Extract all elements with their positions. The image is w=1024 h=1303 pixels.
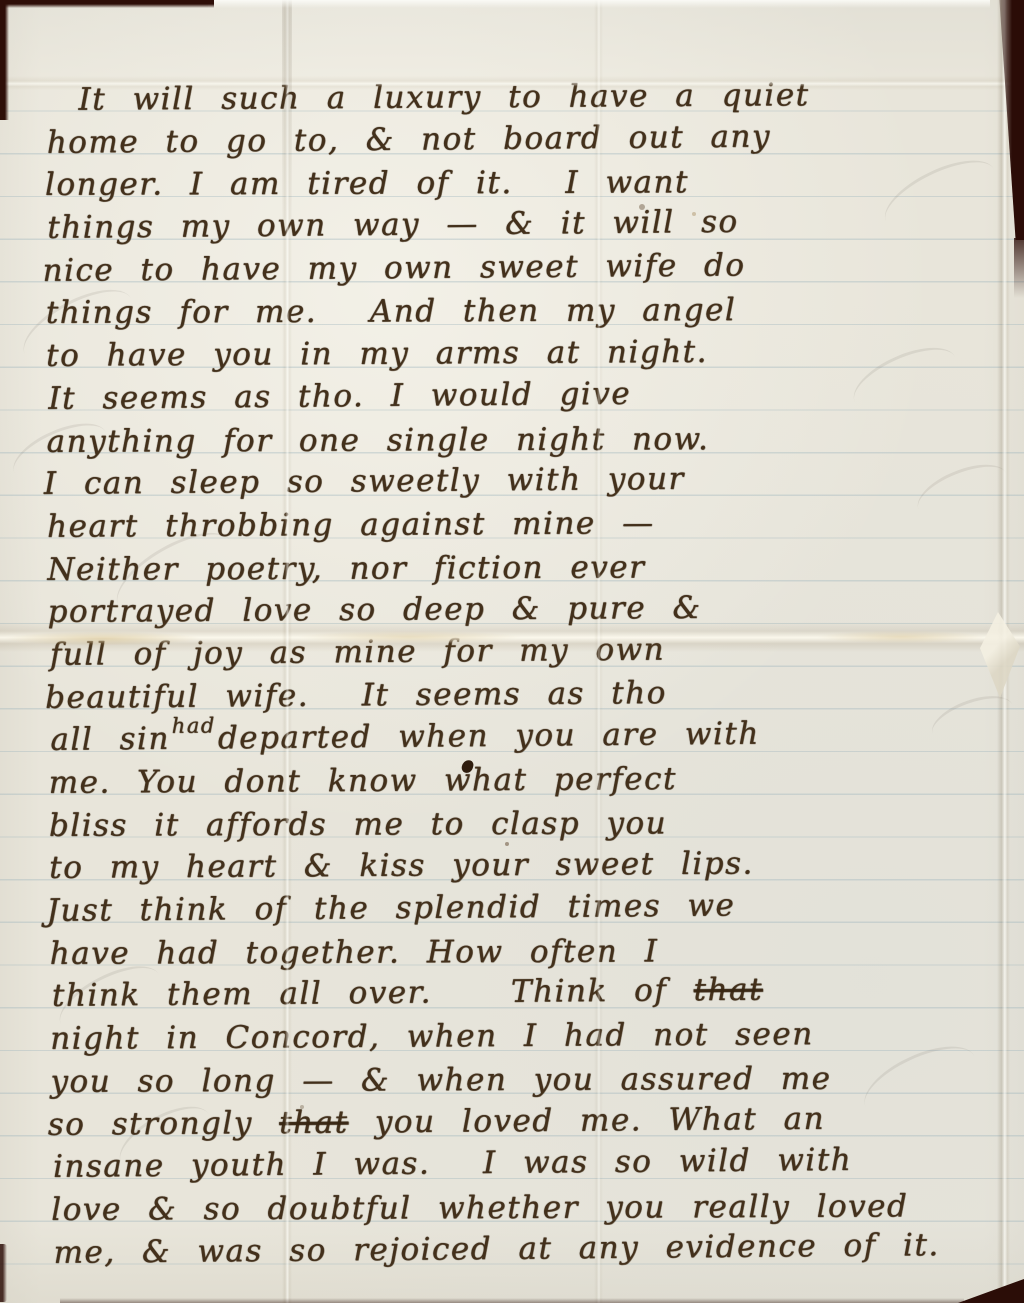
letter-line: home to go to, & not board out any [47, 113, 997, 164]
letter-line: It seems as tho. I would give [48, 369, 998, 420]
letter-text-segment: anything for one single night now. [47, 421, 710, 460]
letter-line: think them all over. Think of that [52, 967, 1002, 1018]
letter-text-segment: have had together. How often I [50, 933, 659, 971]
letter-text-segment: so strongly [48, 1105, 280, 1143]
letter-text-segment: I can sleep so sweetly with your [44, 461, 685, 502]
letter-text: It will such a luxury to have a quiethom… [44, 73, 1001, 1274]
letter-text-segment: you loved me. What an [348, 1100, 825, 1140]
letter-text-segment: all sin [50, 721, 170, 758]
letter-text-segment: you so long — & when you assured me [50, 1061, 831, 1100]
letter-text-segment: me. You dont know what perfect [49, 761, 677, 801]
letter-line: insane youth I was. I was so wild with [53, 1138, 1003, 1189]
struck-word: that [279, 1104, 349, 1141]
letter-text-segment: portrayed love so deep & pure & [48, 590, 702, 630]
letter-text-segment: to have you in my arms at night. [46, 334, 708, 374]
letter-line: me. You dont know what perfect [49, 756, 999, 804]
letter-line: full of joy as mine for my own [50, 626, 1000, 677]
letter-text-segment: bliss it affords me to clasp you [49, 805, 667, 843]
letter-line: night in Concord, when I had not seen [50, 1012, 1000, 1060]
letter-text-segment: heart throbbing against mine — [47, 505, 655, 545]
letter-text-segment: night in Concord, when I had not seen [50, 1016, 814, 1057]
letter-text-segment: insane youth I was. I was so wild with [53, 1142, 852, 1185]
letter-text-segment: love & so doubtful whether you really lo… [51, 1188, 908, 1227]
letter-line: bliss it affords me to clasp you [49, 801, 999, 848]
letter-text-segment: Just think of the splendid times we [46, 888, 735, 929]
letter-line: things my own way — & it will so [47, 199, 997, 250]
struck-word: that [693, 972, 763, 1009]
paper: It will such a luxury to have a quiethom… [0, 0, 1024, 1303]
paper-specks [0, 0, 4, 4]
letter-line: me, & was so rejoiced at any evidence of… [53, 1223, 1003, 1274]
letter-line: heart throbbing against mine — [47, 500, 997, 548]
letter-line: things for me. And then my angel [46, 289, 996, 336]
letter-text-segment: Neither poetry, nor fiction ever [47, 549, 645, 587]
letter-text-segment: nice to have my own sweet wife do [42, 247, 745, 289]
letter-line: all sinhaddeparted when you are with [50, 711, 1000, 762]
letter-scan: It will such a luxury to have a quiethom… [0, 0, 1024, 1303]
letter-text-segment: me, & was so rejoiced at any evidence of… [53, 1227, 939, 1271]
letter-text-segment: to my heart & kiss your sweet lips. [49, 846, 754, 886]
letter-line: I can sleep so sweetly with your [44, 456, 994, 506]
letter-text-segment: It seems as tho. I would give [48, 376, 631, 417]
letter-text-segment: It will such a luxury to have a quiet [78, 77, 809, 117]
letter-text-segment: longer. I am tired of it. I want [45, 165, 689, 204]
letter-text-segment: think them all over. Think of [52, 973, 694, 1015]
page-top-edge-highlight [208, 0, 990, 8]
letter-line: Neither poetry, nor fiction ever [47, 545, 997, 592]
inserted-word: had [172, 705, 216, 748]
letter-text-segment: things my own way — & it will so [47, 204, 739, 246]
letter-line: nice to have my own sweet wife do [42, 242, 992, 292]
letter-text-segment: home to go to, & not board out any [47, 118, 771, 160]
letter-text-segment: things for me. And then my angel [46, 293, 737, 332]
letter-line: you so long — & when you assured me [50, 1057, 1000, 1104]
letter-text-segment: full of joy as mine for my own [50, 631, 666, 672]
letter-line: Just think of the splendid times we [46, 883, 996, 933]
letter-text-segment: beautiful wife. It seems as tho [45, 675, 667, 716]
letter-text-segment: departed when you are with [218, 716, 760, 757]
